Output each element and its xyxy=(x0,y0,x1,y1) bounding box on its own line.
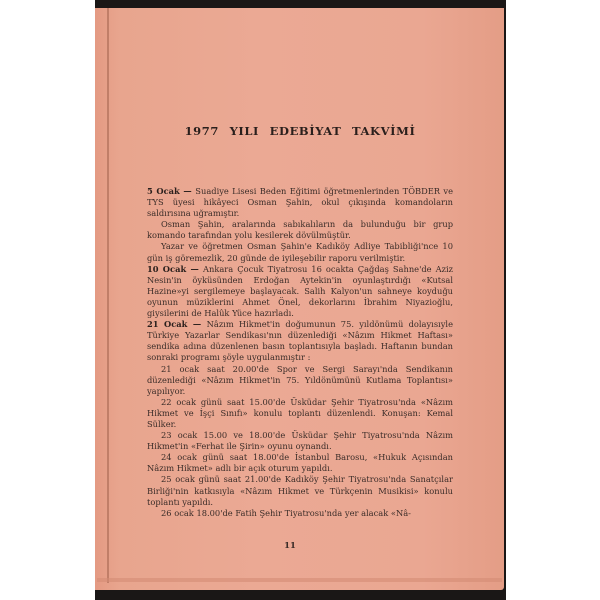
entry-text: 23 ocak 15.00 ve 18.00'de Üsküdar Şehir … xyxy=(147,430,453,451)
entry-paragraph: 22 ocak günü saat 15.00'de Üsküdar Şehir… xyxy=(147,397,453,430)
entry-text: 25 ocak günü saat 21.00'de Kadıköy Şehir… xyxy=(147,474,453,506)
page-spine-line xyxy=(107,8,109,583)
entry-text: 21 ocak saat 20.00'de Spor ve Sergi Sara… xyxy=(147,364,453,396)
entry-dash: — xyxy=(187,319,206,329)
entry-text: Yazar ve öğretmen Osman Şahin'e Kadıköy … xyxy=(147,241,453,262)
entry-date: 10 Ocak xyxy=(147,264,186,274)
entry-paragraph: 24 ocak günü saat 18.00'de İstanbul Baro… xyxy=(147,452,453,474)
entry-text: Osman Şahin, aralarında sabıkalıların da… xyxy=(147,219,453,240)
entry-dash: — xyxy=(186,264,203,274)
entry-dash: — xyxy=(180,186,196,196)
entry-text: 22 ocak günü saat 15.00'de Üsküdar Şehir… xyxy=(147,397,453,429)
entry-paragraph: Yazar ve öğretmen Osman Şahin'e Kadıköy … xyxy=(147,241,453,263)
entry-paragraph: 21 Ocak — Nâzım Hikmet'in doğumunun 75. … xyxy=(147,319,453,363)
entry-date: 5 Ocak xyxy=(147,186,180,196)
entry-paragraph: Osman Şahin, aralarında sabıkalıların da… xyxy=(147,219,453,241)
entry-paragraph: 26 ocak 18.00'de Fatih Şehir Tiyatrosu'n… xyxy=(147,508,453,519)
entry-text: 26 ocak 18.00'de Fatih Şehir Tiyatrosu'n… xyxy=(161,508,411,518)
entry-paragraph: 25 ocak günü saat 21.00'de Kadıköy Şehir… xyxy=(147,474,453,507)
entry-paragraph: 23 ocak 15.00 ve 18.00'de Üsküdar Şehir … xyxy=(147,430,453,452)
body-text: 5 Ocak — Suadiye Lisesi Beden Eğitimi öğ… xyxy=(147,186,453,519)
page-bottom-edge xyxy=(97,578,502,582)
entry-date: 21 Ocak xyxy=(147,319,187,329)
page-title: 1977 YILI EDEBİYAT TAKVİMİ xyxy=(100,124,500,138)
entry-text: 24 ocak günü saat 18.00'de İstanbul Baro… xyxy=(147,452,453,473)
entry-paragraph: 5 Ocak — Suadiye Lisesi Beden Eğitimi öğ… xyxy=(147,186,453,219)
entry-paragraph: 21 ocak saat 20.00'de Spor ve Sergi Sara… xyxy=(147,364,453,397)
entry-paragraph: 10 Ocak — Ankara Çocuk Tiyatrosu 16 ocak… xyxy=(147,264,453,319)
page-number: 11 xyxy=(270,541,310,551)
